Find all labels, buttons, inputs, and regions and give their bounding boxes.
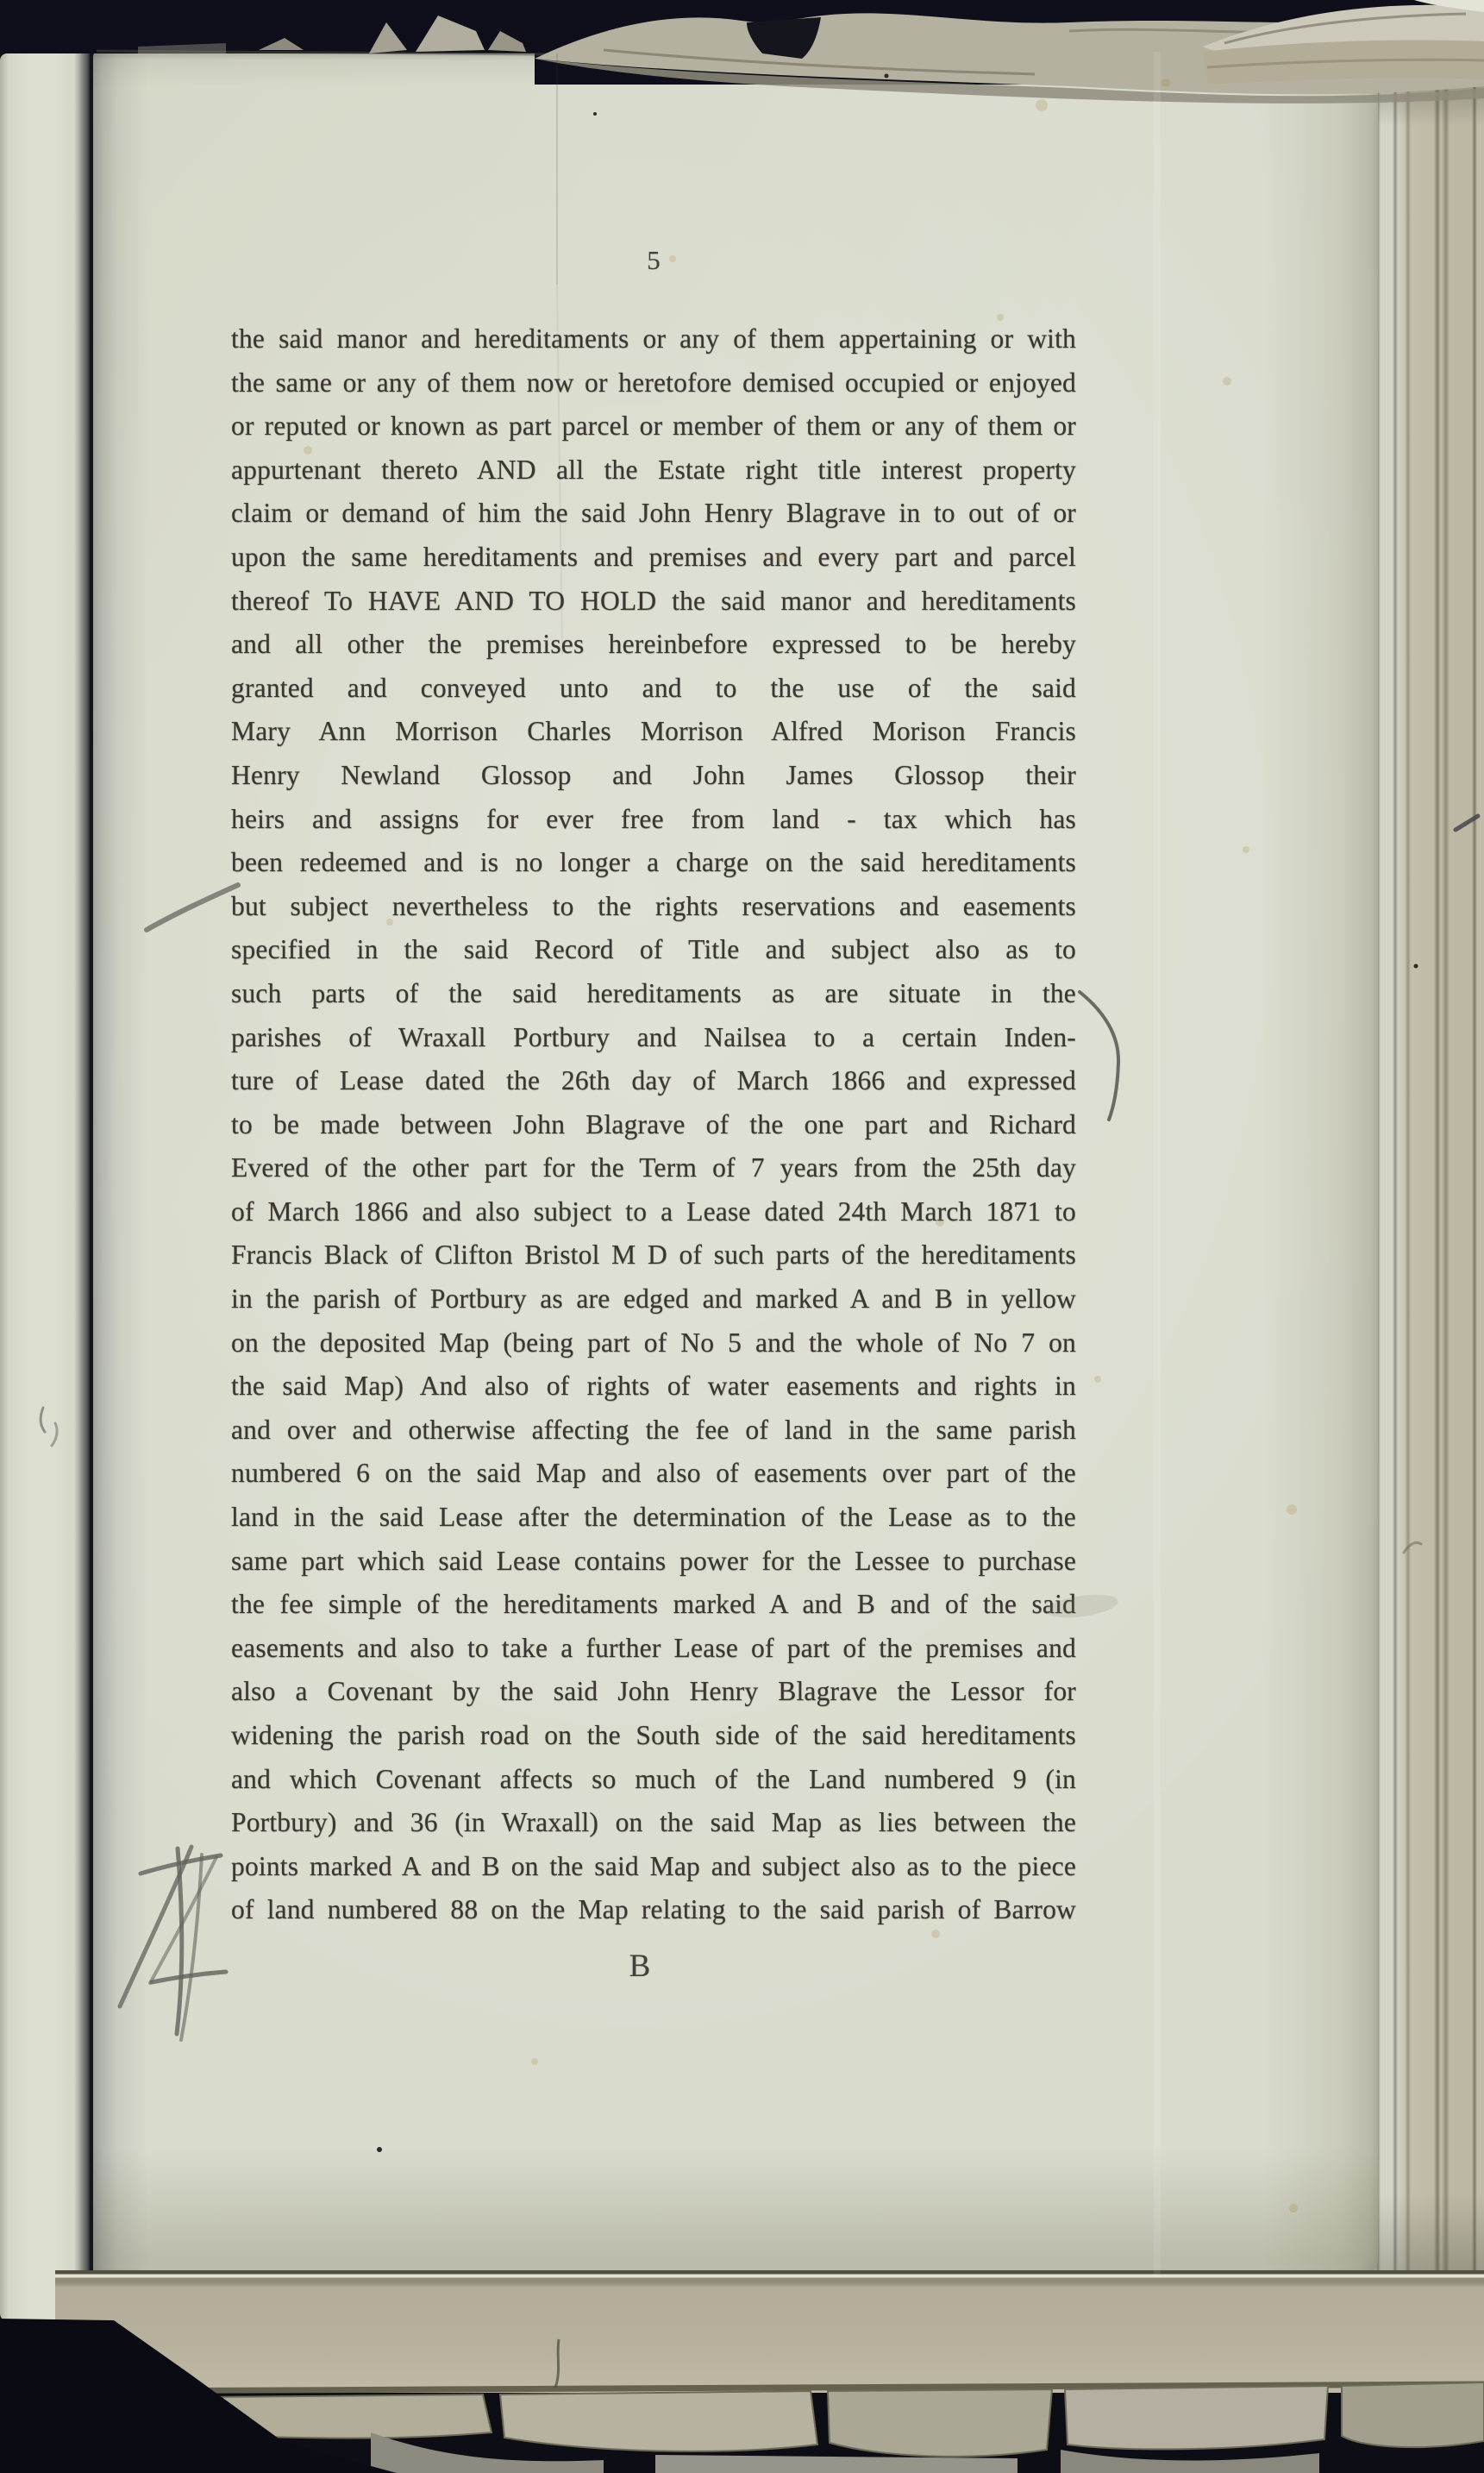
text-line: ture of Lease dated the 26th day of Marc… xyxy=(231,1059,1076,1103)
text-line: to be made between John Blagrave of the … xyxy=(231,1103,1076,1147)
text-line: same part which said Lease contains powe… xyxy=(231,1540,1076,1584)
text-line: appurtenant thereto AND all the Estate r… xyxy=(231,449,1076,493)
text-line: on the deposited Map (being part of No 5… xyxy=(231,1321,1076,1365)
text-line: easements and also to take a further Lea… xyxy=(231,1627,1076,1671)
text-line: land in the said Lease after the determi… xyxy=(231,1496,1076,1540)
signature-mark: B xyxy=(614,1948,666,1985)
scanned-book-photo: 5 the said manor and hereditaments or an… xyxy=(0,0,1484,2473)
text-line: been redeemed and is no longer a charge … xyxy=(231,841,1076,885)
text-line: the same or any of them now or heretofor… xyxy=(231,361,1076,405)
text-line: Henry Newland Glossop and John James Glo… xyxy=(231,754,1076,798)
stacked-page-bottom-edges xyxy=(55,2270,1484,2393)
text-line: parishes of Wraxall Portbury and Nailsea… xyxy=(231,1016,1076,1060)
text-line: of March 1866 and also subject to a Leas… xyxy=(231,1190,1076,1234)
page-number: 5 xyxy=(628,245,679,276)
text-line: thereof To HAVE AND TO HOLD the said man… xyxy=(231,580,1076,624)
text-line: the fee simple of the hereditaments mark… xyxy=(231,1583,1076,1627)
text-line: and which Covenant affects so much of th… xyxy=(231,1758,1076,1802)
text-line: upon the same hereditaments and premises… xyxy=(231,536,1076,580)
text-line: the said Map) And also of rights of wate… xyxy=(231,1365,1076,1409)
text-line: and over and otherwise affecting the fee… xyxy=(231,1409,1076,1453)
text-line: and all other the premises hereinbefore … xyxy=(231,623,1076,667)
text-line: in the parish of Portbury as are edged a… xyxy=(231,1277,1076,1321)
text-line: the said manor and hereditaments or any … xyxy=(231,317,1076,361)
text-line: numbered 6 on the said Map and also of e… xyxy=(231,1452,1076,1496)
text-line: specified in the said Record of Title an… xyxy=(231,928,1076,972)
text-line: widening the parish road on the South si… xyxy=(231,1714,1076,1758)
text-line: Portbury) and 36 (in Wraxall) on the sai… xyxy=(231,1801,1076,1845)
background-top-right xyxy=(535,0,1484,85)
text-line: or reputed or known as part parcel or me… xyxy=(231,405,1076,449)
text-line: Evered of the other part for the Term of… xyxy=(231,1146,1076,1190)
text-line: such parts of the said hereditaments as … xyxy=(231,972,1076,1016)
text-line: points marked A and B on the said Map an… xyxy=(231,1845,1076,1889)
text-line: Mary Ann Morrison Charles Morrison Alfre… xyxy=(231,710,1076,754)
text-line: claim or demand of him the said John Hen… xyxy=(231,492,1076,536)
text-line: Francis Black of Clifton Bristol M D of … xyxy=(231,1233,1076,1277)
stacked-page-fore-edges xyxy=(1367,74,1484,2282)
text-line: but subject nevertheless to the rights r… xyxy=(231,885,1076,929)
text-line: of land numbered 88 on the Map relating … xyxy=(231,1888,1076,1932)
body-text: the said manor and hereditaments or any … xyxy=(231,317,1076,1932)
text-line: also a Covenant by the said John Henry B… xyxy=(231,1670,1076,1714)
text-line: granted and conveyed unto and to the use… xyxy=(231,667,1076,711)
text-line: heirs and assigns for ever free from lan… xyxy=(231,798,1076,842)
